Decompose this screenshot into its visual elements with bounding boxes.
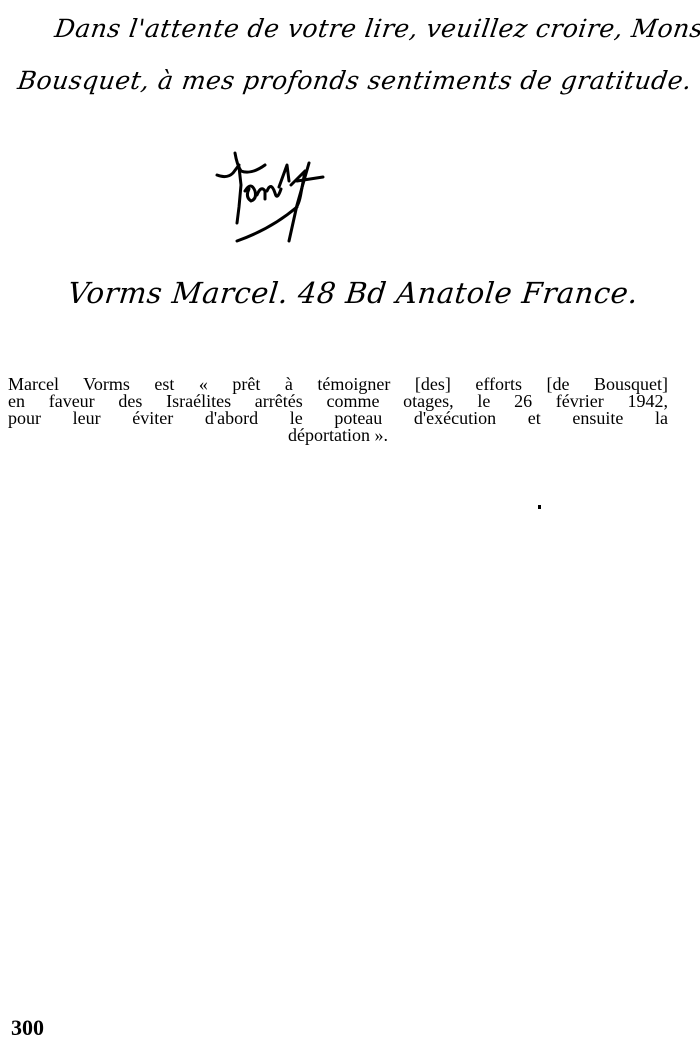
caption-line: déportation ».	[8, 427, 668, 444]
figure-caption: Marcel Vorms est « prêt à témoigner [des…	[8, 376, 668, 444]
handwritten-closing-line-1: Dans l'attente de votre lire, veuillez c…	[53, 14, 700, 43]
handwritten-closing-line-2: Bousquet, à mes profonds sentiments de g…	[16, 66, 694, 95]
handwritten-sender-name-address: Vorms Marcel. 48 Bd Anatole France.	[66, 276, 640, 310]
signature-icon	[205, 145, 345, 250]
print-speck	[538, 505, 541, 509]
page-number: 300	[11, 1015, 44, 1041]
